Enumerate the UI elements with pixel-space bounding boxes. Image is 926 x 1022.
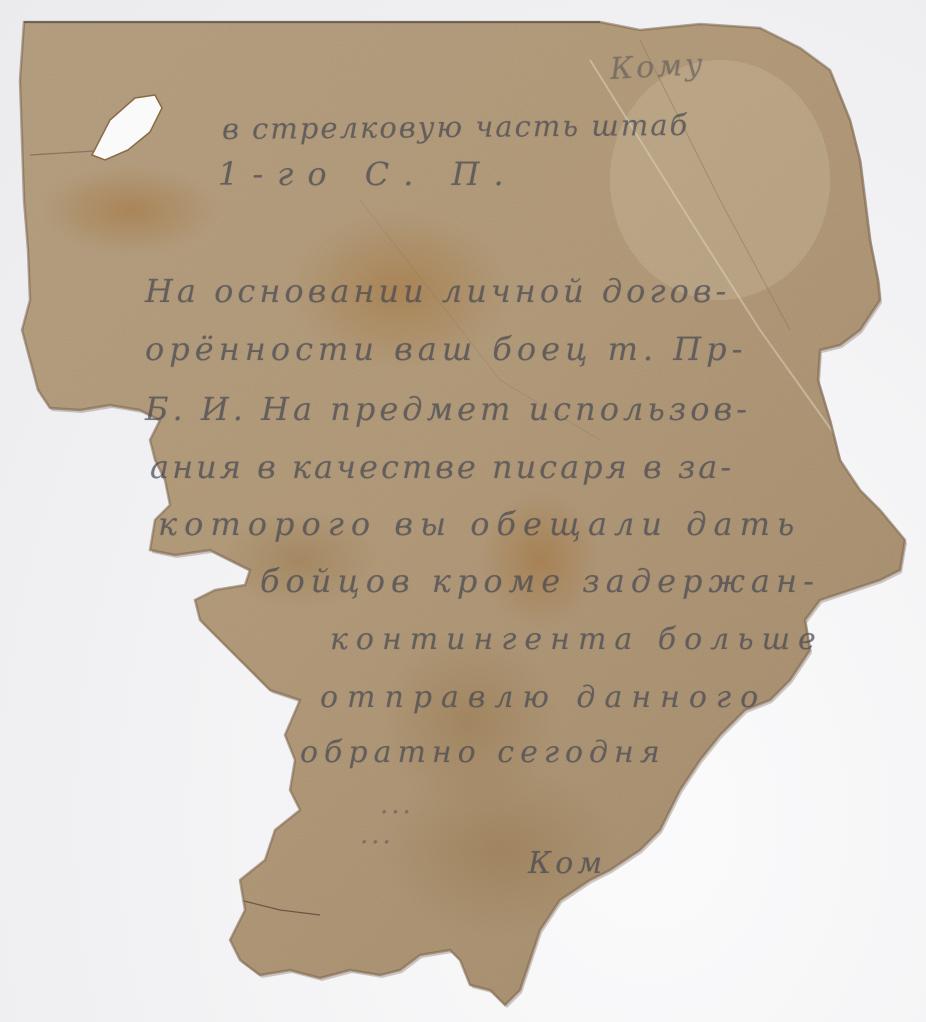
header-line-1: в стрелковую часть штаб	[222, 108, 690, 146]
body-line-7: контингента больше	[330, 622, 824, 657]
faint-line-1: ...	[380, 790, 414, 820]
body-line-2: орённости ваш боец т. Пр-	[145, 330, 747, 368]
body-line-1: На основании личной догов-	[145, 272, 730, 310]
body-line-9: обратно сегодня	[300, 735, 666, 770]
body-line-8: отправлю данного	[320, 680, 767, 715]
signature: Ком	[528, 846, 606, 881]
faint-line-2: ...	[360, 820, 394, 850]
body-line-3: Б. И. На предмет использов-	[145, 390, 751, 428]
corner-note: Кому	[609, 47, 706, 87]
body-line-4: ания в качестве писаря в за-	[150, 448, 734, 486]
body-line-5: которого вы обещали дать	[158, 505, 801, 543]
body-line-6: бойцов кроме задержан-	[260, 562, 820, 600]
header-line-2: 1-го С. П.	[218, 155, 518, 193]
